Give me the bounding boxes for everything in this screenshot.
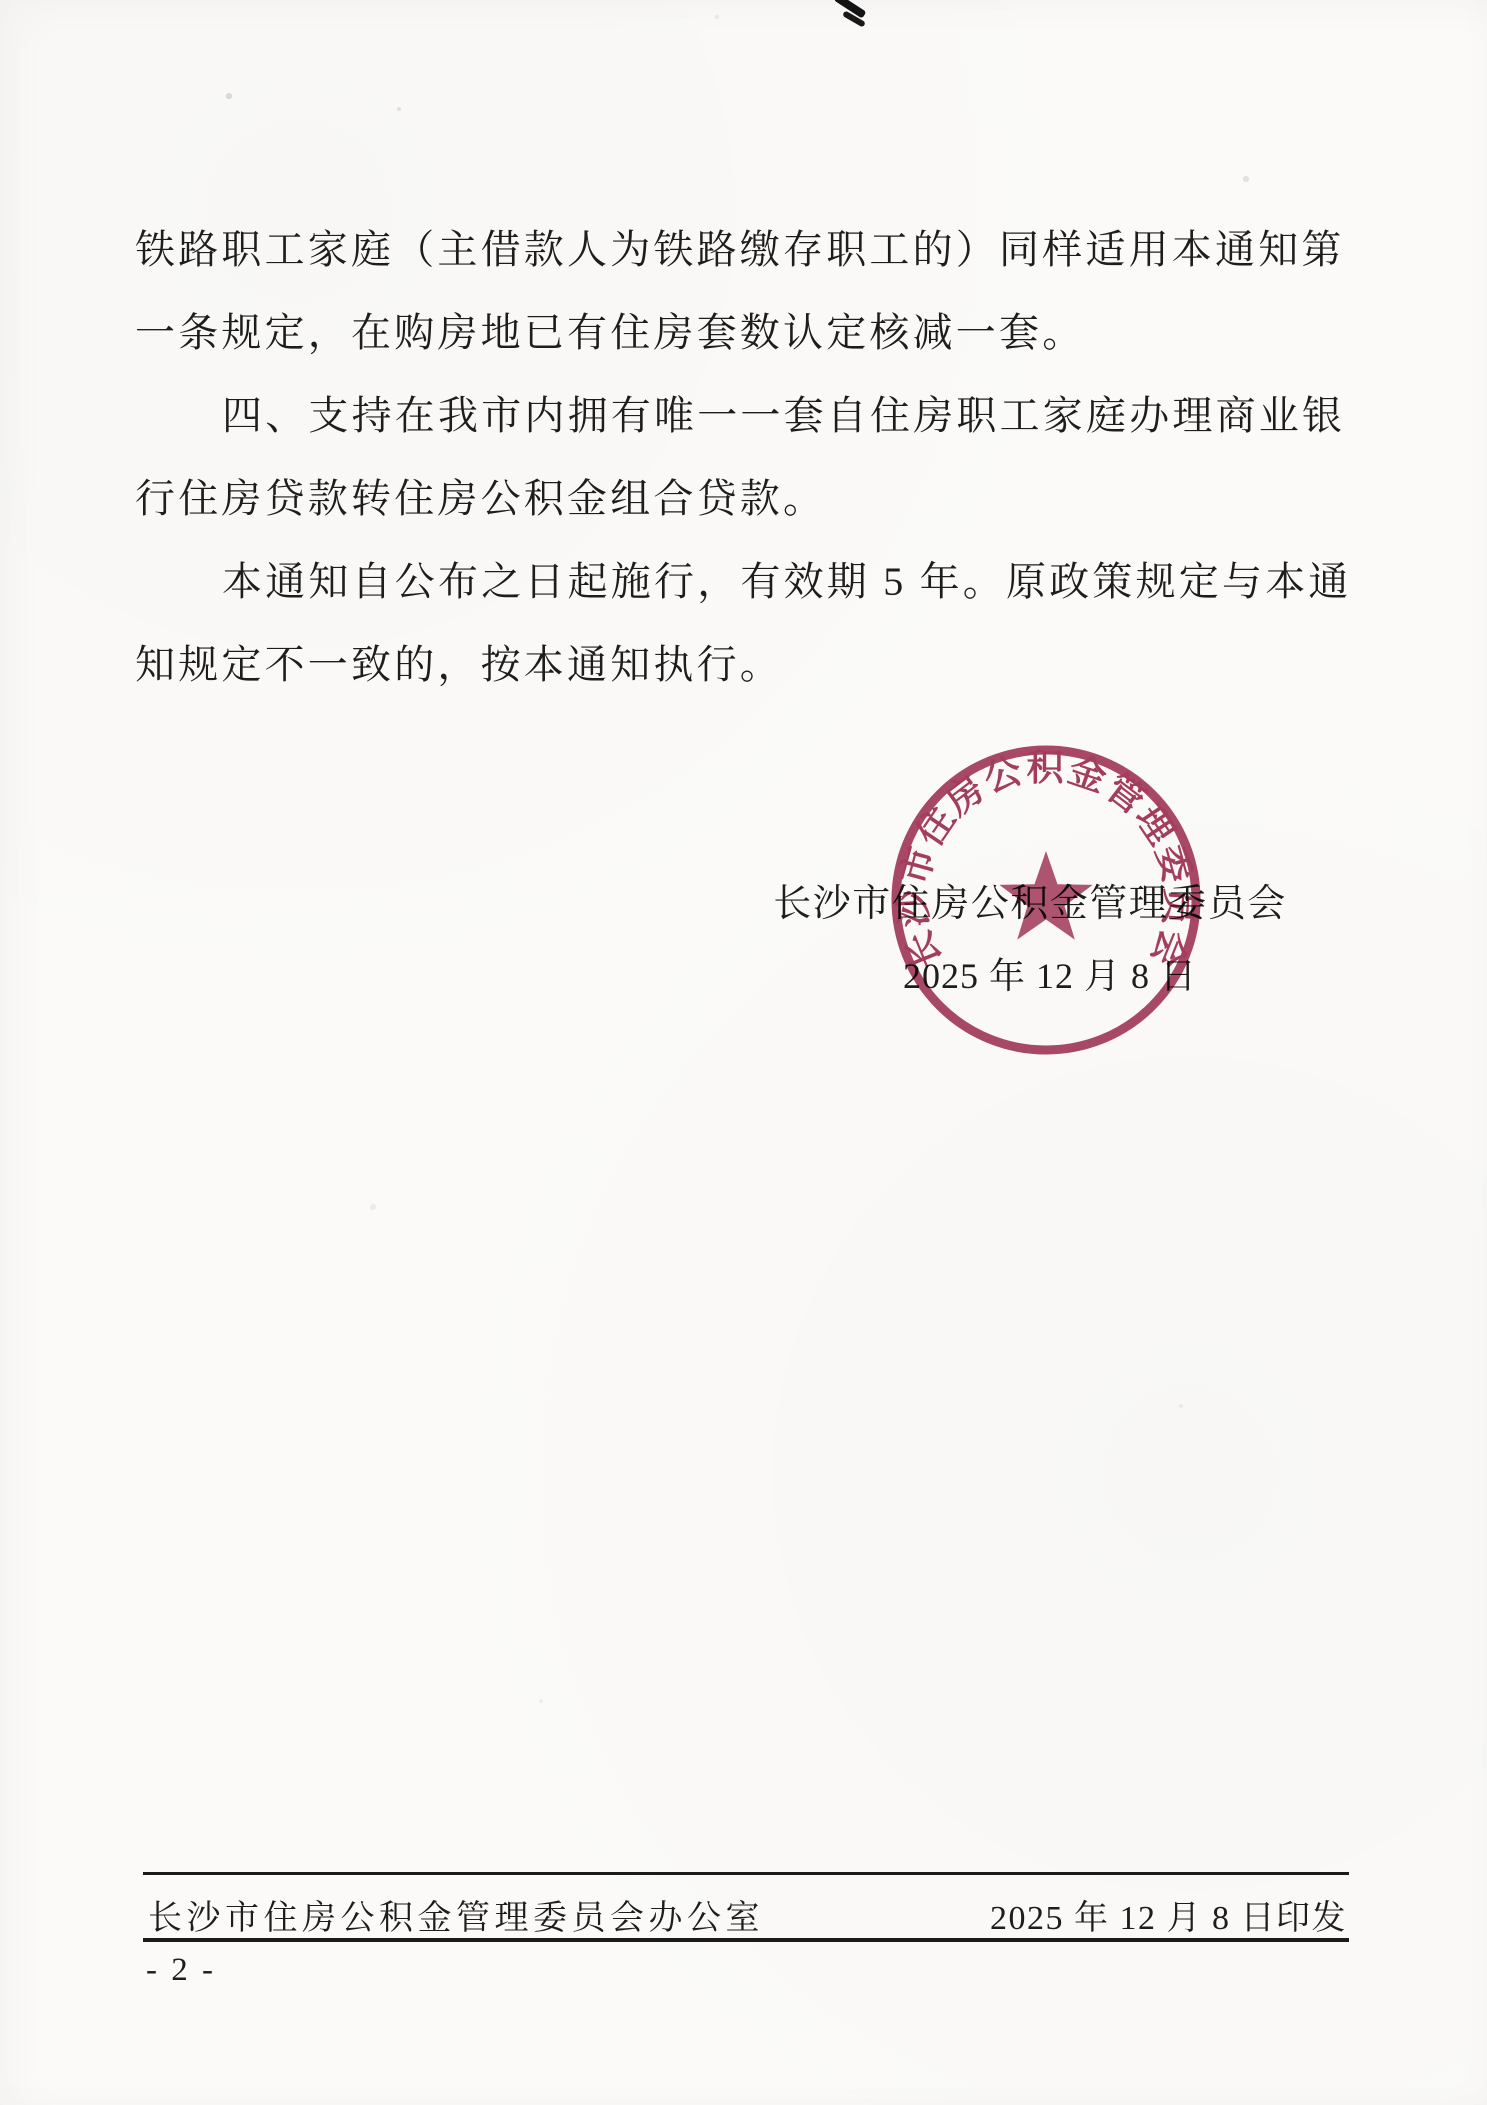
official-seal: 长沙市住房公积金管理委员会 [876,730,1216,1070]
footer-row: 长沙市住房公积金管理委员会办公室 2025 年 12 月 8 日印发 [148,1890,1347,1939]
body-line: 本通知自公布之日起施行，有效期 5 年。原政策规定与本通 [135,558,1353,606]
page-number: - 2 - [146,1952,216,1989]
footer-top-rule [143,1872,1349,1875]
footer-bottom-rule [143,1938,1349,1942]
scan-specks [0,0,2,2]
footer-office-label: 长沙市住房公积金管理委员会办公室 [148,1890,764,1939]
document-body: 铁路职工家庭（主借款人为铁路缴存职工的）同样适用本通知第 一条规定，在购房地已有… [135,226,1353,724]
body-line: 行住房贷款转住房公积金组合贷款。 [135,475,1353,523]
body-line: 四、支持在我市内拥有唯一一套自住房职工家庭办理商业银 [135,392,1353,440]
body-line: 知规定不一致的，按本通知执行。 [135,641,1353,689]
body-line: 铁路职工家庭（主借款人为铁路缴存职工的）同样适用本通知第 [135,226,1353,274]
body-line: 一条规定，在购房地已有住房套数认定核减一套。 [135,309,1353,357]
document-page: 铁路职工家庭（主借款人为铁路缴存职工的）同样适用本通知第 一条规定，在购房地已有… [0,0,1487,2105]
seal-star-icon [999,851,1092,940]
footer-print-date: 2025 年 12 月 8 日印发 [990,1890,1347,1939]
